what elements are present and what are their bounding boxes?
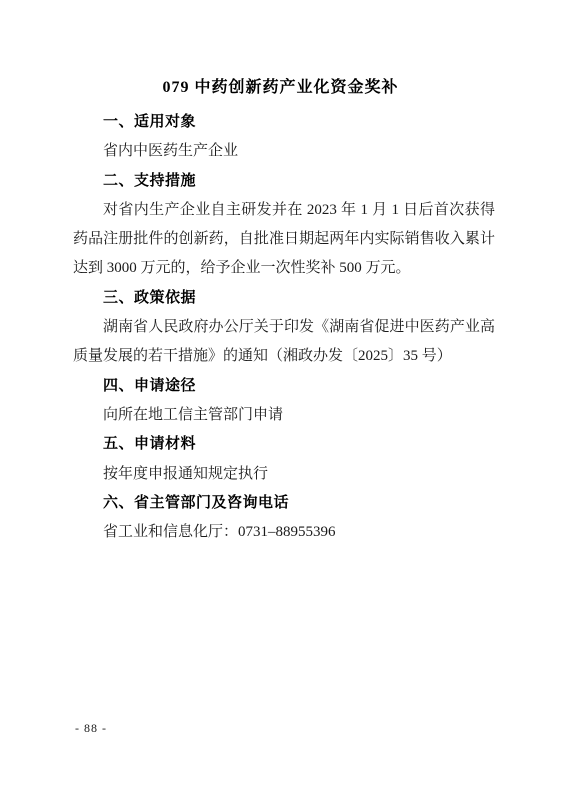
section-heading-policy-basis: 三、政策依据 [73,284,495,313]
document-body: 一、适用对象 省内中医药生产企业 二、支持措施 对省内生产企业自主研发并在 20… [73,108,495,547]
page-title: 079 中药创新药产业化资金奖补 [0,0,561,101]
document-page: 079 中药创新药产业化资金奖补 一、适用对象 省内中医药生产企业 二、支持措施… [0,0,561,793]
section-body-support-measures: 对省内生产企业自主研发并在 2023 年 1 月 1 日后首次获得药品注册批件的… [73,196,495,284]
section-heading-application-channel: 四、申请途径 [73,372,495,401]
page-number: - 88 - [75,721,107,735]
section-body-application-materials: 按年度申报通知规定执行 [73,460,495,489]
section-heading-support-measures: 二、支持措施 [73,167,495,196]
section-heading-department-contact: 六、省主管部门及咨询电话 [73,489,495,518]
section-heading-applicable-targets: 一、适用对象 [73,108,495,137]
section-body-application-channel: 向所在地工信主管部门申请 [73,401,495,430]
section-body-department-contact: 省工业和信息化厅：0731–88955396 [73,518,495,547]
section-body-policy-basis: 湖南省人民政府办公厅关于印发《湖南省促进中医药产业高质量发展的若干措施》的通知（… [73,313,495,372]
section-heading-application-materials: 五、申请材料 [73,430,495,459]
section-body-applicable-targets: 省内中医药生产企业 [73,137,495,166]
